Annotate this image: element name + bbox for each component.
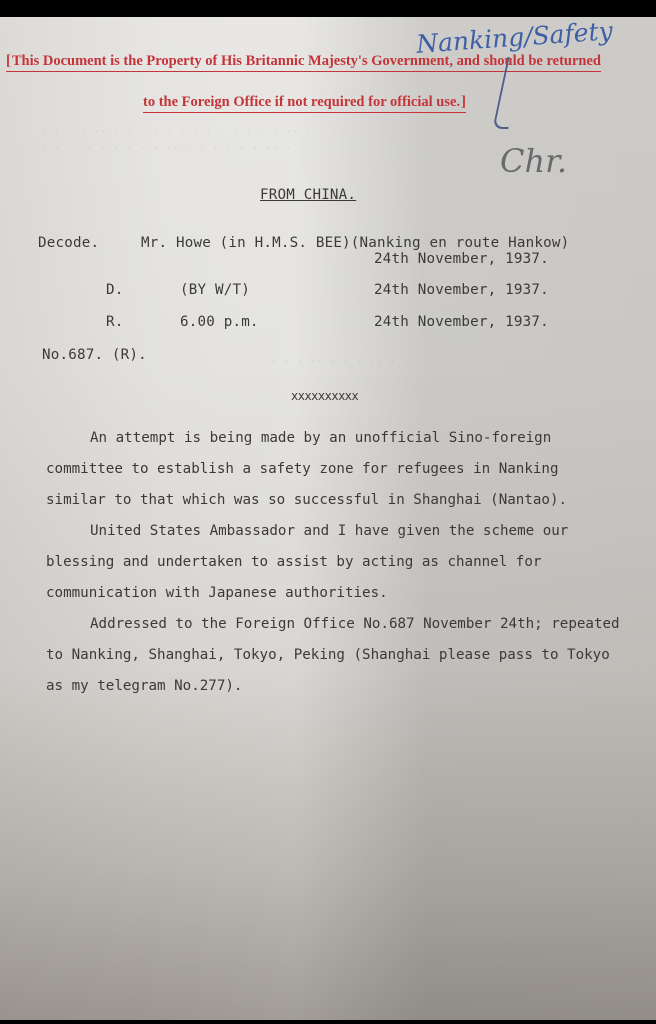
- bleed-through-text: · · · · ·· · · · ·: [380, 765, 499, 778]
- header-detail-despatched: (BY W/T): [180, 282, 250, 298]
- bleed-through-text: · · · ·· · · · · · ·· · · · · · · ·· · ·…: [40, 142, 318, 155]
- telegram-heading: FROM CHINA.: [260, 187, 356, 203]
- header-date-decode: 24th November, 1937.: [374, 251, 549, 267]
- header-date-received: 24th November, 1937.: [374, 314, 549, 330]
- separator-line: xxxxxxxxxx: [291, 389, 358, 403]
- telegram-number: No.687. (R).: [42, 347, 147, 363]
- property-notice-line-2: to the Foreign Office if not required fo…: [143, 94, 466, 113]
- document-page: · · · · ·· · · · · · · ··· · · · · · ·· …: [0, 17, 656, 1020]
- bleed-through-text: · · · · ·· · ·: [290, 855, 383, 868]
- header-label-despatched: D.: [106, 282, 123, 298]
- header-detail-decode: Mr. Howe (in H.M.S. BEE)(Nanking en rout…: [141, 235, 569, 251]
- body-paragraph-3: Addressed to the Foreign Office No.687 N…: [46, 609, 626, 702]
- bleed-through-text: · · · ·· · · · ·· · · ·: [270, 355, 422, 368]
- body-paragraph-1: An attempt is being made by an unofficia…: [46, 423, 626, 516]
- handwritten-initials: Chr.: [500, 142, 567, 180]
- header-date-despatched: 24th November, 1937.: [374, 282, 549, 298]
- header-label-decode: Decode.: [38, 235, 99, 251]
- header-label-received: R.: [106, 314, 123, 330]
- body-paragraph-2: United States Ambassador and I have give…: [46, 516, 626, 609]
- bleed-through-text: · · · · ·· · · · · · · ··· · · · · · ·· …: [40, 125, 338, 138]
- header-detail-received: 6.00 p.m.: [180, 314, 259, 330]
